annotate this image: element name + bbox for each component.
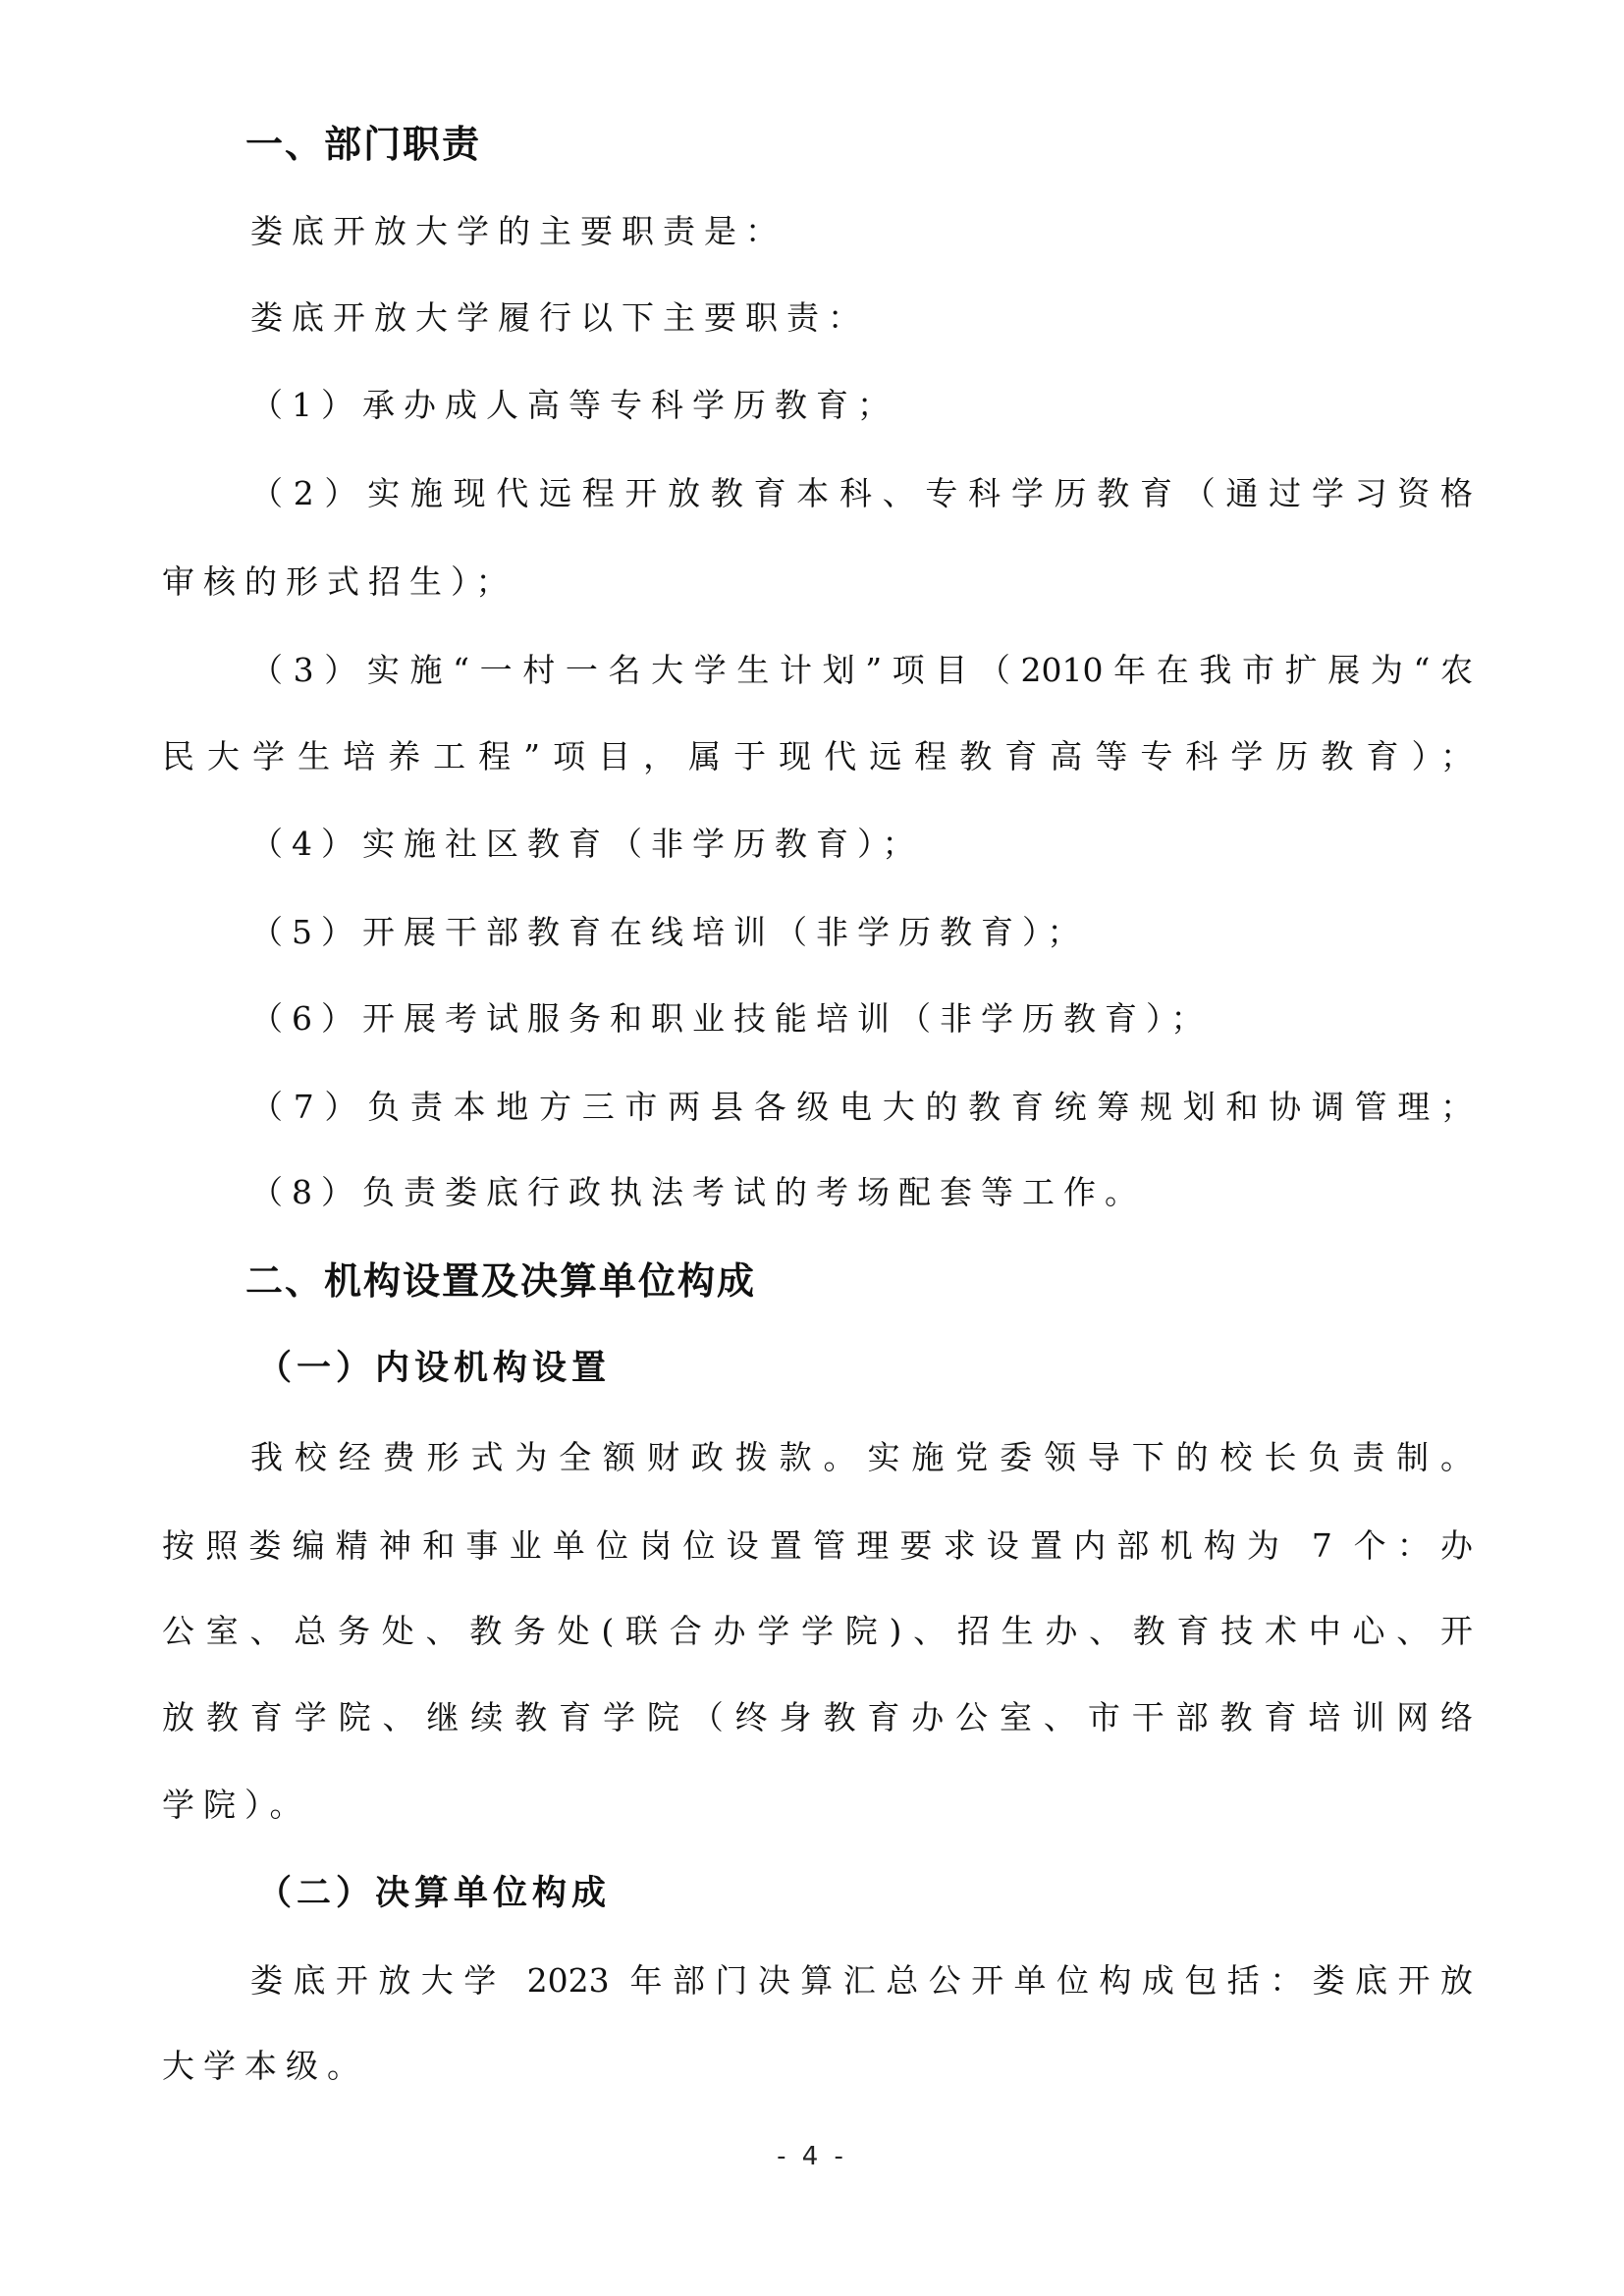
duty-item-6: （6）开展考试服务和职业技能培训（非学历教育）； bbox=[250, 995, 1213, 1042]
document-page: 一、部门职责 娄底开放大学的主要职责是： 娄底开放大学履行以下主要职责： （1）… bbox=[0, 0, 1624, 2296]
paragraph-line: 我校经费形式为全额财政拨款。实施党委领导下的校长负责制。 bbox=[250, 1434, 1473, 1481]
duty-item-5: （5）开展干部教育在线培训（非学历教育）； bbox=[250, 909, 1089, 956]
paragraph-line: 学院）。 bbox=[162, 1782, 311, 1829]
duty-item-7: （7）负责本地方三市两县各级电大的教育统筹规划和协调管理； bbox=[250, 1084, 1473, 1131]
section-heading-organization: 二、机构设置及决算单位构成 bbox=[245, 1257, 756, 1305]
duty-item-4: （4）实施社区教育（非学历教育）； bbox=[250, 821, 924, 868]
duty-item-1: （1）承办成人高等专科学历教育； bbox=[250, 382, 898, 429]
paragraph-line: 大学本级。 bbox=[162, 2043, 368, 2090]
paragraph-line: 公室、总务处、教务处(联合办学学院)、招生办、教育技术中心、开 bbox=[162, 1608, 1473, 1655]
section-heading-department-duties: 一、部门职责 bbox=[245, 121, 481, 168]
duty-item-3-continued: 民大学生培养工程”项目，属于现代远程教育高等专科学历教育）； bbox=[162, 733, 1473, 780]
paragraph-line: 放教育学院、继续教育学院（终身教育办公室、市干部教育培训网络 bbox=[162, 1694, 1473, 1741]
paragraph-line: 娄底开放大学 2023 年部门决算汇总公开单位构成包括：娄底开放 bbox=[250, 1957, 1473, 2004]
duty-item-3: （3）实施“一村一名大学生计划”项目（2010年在我市扩展为“农 bbox=[250, 647, 1473, 694]
duty-item-8: （8）负责娄底行政执法考试的考场配套等工作。 bbox=[250, 1169, 1146, 1216]
subsection-heading-budget-units: （二）决算单位构成 bbox=[257, 1870, 611, 1917]
intro-line: 娄底开放大学履行以下主要职责： bbox=[250, 294, 869, 342]
paragraph-line: 按照娄编精神和事业单位岗位设置管理要求设置内部机构为 7 个：办 bbox=[162, 1522, 1473, 1570]
intro-line: 娄底开放大学的主要职责是： bbox=[250, 208, 786, 255]
subsection-heading-internal-structure: （一）内设机构设置 bbox=[257, 1345, 611, 1392]
page-number: - 4 - bbox=[0, 2142, 1624, 2171]
duty-item-2: （2）实施现代远程开放教育本科、专科学历教育（通过学习资格 bbox=[250, 470, 1473, 517]
duty-item-2-continued: 审核的形式招生）； bbox=[162, 559, 517, 606]
